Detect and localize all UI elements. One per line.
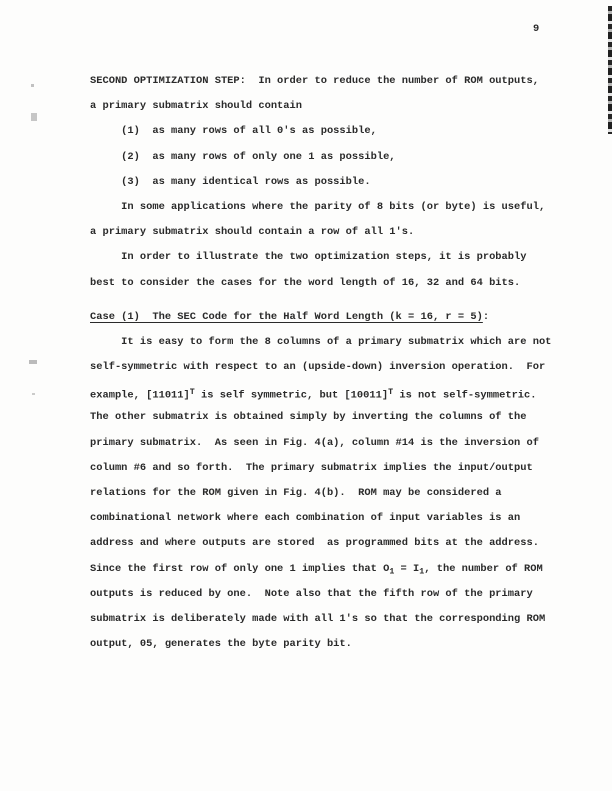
text-segment: example, [11011]: [90, 390, 190, 402]
text-line: a primary submatrix should contain a row…: [90, 220, 610, 245]
text-line: primary submatrix. As seen in Fig. 4(a),…: [90, 431, 610, 456]
scan-speck: [32, 393, 35, 395]
text-segment: = I: [394, 563, 419, 575]
scan-speck: [31, 113, 37, 121]
text-line: In some applications where the parity of…: [90, 195, 610, 220]
list-item: (2) as many rows of only one 1 as possib…: [90, 145, 610, 170]
scan-speck: [29, 360, 37, 364]
scan-speck: [31, 84, 34, 87]
text-line: relations for the ROM given in Fig. 4(b)…: [90, 481, 610, 506]
text-line: submatrix is deliberately made with all …: [90, 607, 610, 632]
case-heading-underlined: Case (1) The SEC Code for the Half Word …: [90, 311, 483, 323]
text-line: In order to illustrate the two optimizat…: [90, 245, 610, 270]
document-page: 9 SECOND OPTIMIZATION STEP: In order to …: [0, 0, 612, 791]
text-line: best to consider the cases for the word …: [90, 271, 610, 296]
page-number: 9: [533, 23, 539, 35]
case-heading: Case (1) The SEC Code for the Half Word …: [90, 305, 610, 330]
text-segment: is self symmetric, but [10011]: [195, 390, 388, 402]
text-line: combinational network where each combina…: [90, 506, 610, 531]
text-line: outputs is reduced by one. Note also tha…: [90, 582, 610, 607]
text-line: Since the first row of only one 1 implie…: [90, 557, 610, 582]
text-line: address and where outputs are stored as …: [90, 531, 610, 556]
text-segment: Since the first row of only one 1 implie…: [90, 563, 389, 575]
text-line: The other submatrix is obtained simply b…: [90, 405, 610, 430]
text-segment: , the number of ROM: [424, 563, 542, 575]
text-segment: is not self-symmetric.: [393, 390, 536, 402]
text-line: SECOND OPTIMIZATION STEP: In order to re…: [90, 69, 610, 94]
text-line: a primary submatrix should contain: [90, 94, 610, 119]
text-line: example, [11011]T is self symmetric, but…: [90, 380, 610, 405]
list-item: (1) as many rows of all 0's as possible,: [90, 119, 610, 144]
body-text: SECOND OPTIMIZATION STEP: In order to re…: [90, 69, 610, 657]
text-line: self-symmetric with respect to an (upsid…: [90, 355, 610, 380]
text-line: It is easy to form the 8 columns of a pr…: [90, 330, 610, 355]
list-item: (3) as many identical rows as possible.: [90, 170, 610, 195]
text-line: output, 05, generates the byte parity bi…: [90, 632, 610, 657]
case-heading-colon: :: [483, 311, 489, 323]
text-line: column #6 and so forth. The primary subm…: [90, 456, 610, 481]
